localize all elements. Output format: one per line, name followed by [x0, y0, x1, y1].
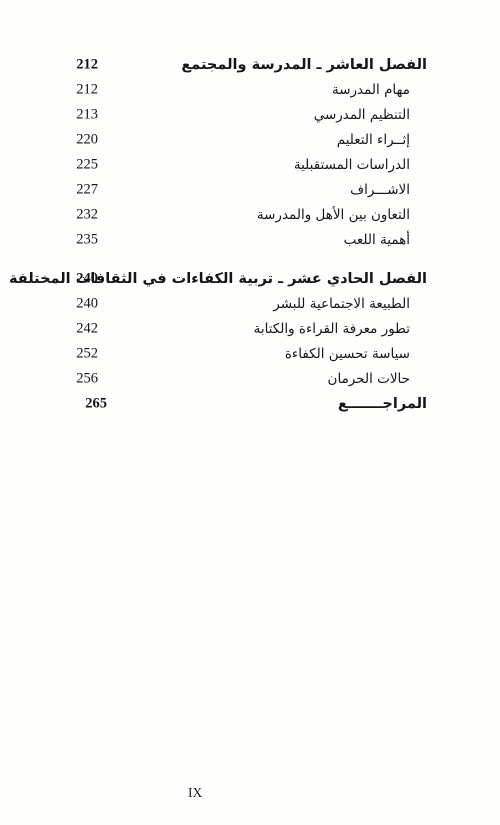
toc-entry-title: مهام المدرسة — [332, 82, 410, 98]
toc-row: 256 حالات الحرمان — [0, 366, 500, 391]
toc-entry-page-number: 212 — [60, 81, 98, 98]
toc-entry-title: تطور معرفة القراءة والكتابة — [254, 321, 410, 337]
toc-entry-title: الاشـــراف — [350, 182, 410, 198]
toc-entry-page-number: 220 — [60, 131, 98, 148]
toc-entry-title: التنظيم المدرسي — [314, 107, 410, 123]
toc-entry-page-number: 252 — [60, 345, 98, 362]
toc-entry-title: حالات الحرمان — [328, 371, 410, 387]
toc-entry-title: التعاون بين الأهل والمدرسة — [257, 207, 410, 223]
toc-entry-title: الفصل الحادي عشر ـ تربية الكفاءات في الث… — [9, 271, 427, 287]
folio-page-number: IX — [188, 785, 202, 801]
toc-row: 225 الدراسات المستقبلية — [0, 152, 500, 177]
toc-entry-page-number: 227 — [60, 181, 98, 198]
toc-entry-title: الطبيعة الاجتماعية للبشر — [273, 296, 410, 312]
toc-row-chapter-ten: 212 الفصل العاشر ـ المدرسة والمجتمع — [0, 52, 500, 77]
toc-row-references: 265 المراجـــــــع — [0, 391, 500, 416]
toc-entry-title: الفصل العاشر ـ المدرسة والمجتمع — [181, 57, 427, 73]
toc-row: 227 الاشـــراف — [0, 177, 500, 202]
toc-row: 232 التعاون بين الأهل والمدرسة — [0, 202, 500, 227]
toc-entry-page-number: 240 — [60, 295, 98, 312]
toc-entry-title: المراجـــــــع — [338, 396, 427, 412]
toc-entry-page-number: 225 — [60, 156, 98, 173]
toc-row: 252 سياسة تحسين الكفاءة — [0, 341, 500, 366]
book-toc-page: 212 الفصل العاشر ـ المدرسة والمجتمع 212 … — [0, 0, 500, 825]
toc-entry-page-number: 213 — [60, 106, 98, 123]
toc-entry-title: الدراسات المستقبلية — [294, 157, 410, 173]
toc-row: 212 مهام المدرسة — [0, 77, 500, 102]
toc-row: 220 إثــراء التعليم — [0, 127, 500, 152]
toc-entry-page-number: 256 — [60, 370, 98, 387]
toc-entry-page-number: 232 — [60, 206, 98, 223]
toc-entry-title: إثــراء التعليم — [337, 132, 410, 148]
toc-entry-page-number: 235 — [60, 231, 98, 248]
toc-entry-title: سياسة تحسين الكفاءة — [285, 346, 410, 362]
toc-row: 235 أهمية اللعب — [0, 227, 500, 252]
toc-entry-title: أهمية اللعب — [344, 232, 410, 248]
toc-row-chapter-eleven: 240 الفصل الحادي عشر ـ تربية الكفاءات في… — [0, 266, 500, 291]
toc-row: 213 التنظيم المدرسي — [0, 102, 500, 127]
toc-list: 212 الفصل العاشر ـ المدرسة والمجتمع 212 … — [0, 52, 500, 416]
toc-entry-page-number: 242 — [60, 320, 98, 337]
toc-entry-page-number: 265 — [69, 395, 107, 412]
toc-row: 240 الطبيعة الاجتماعية للبشر — [0, 291, 500, 316]
toc-row: 242 تطور معرفة القراءة والكتابة — [0, 316, 500, 341]
toc-entry-page-number: 212 — [60, 56, 98, 73]
